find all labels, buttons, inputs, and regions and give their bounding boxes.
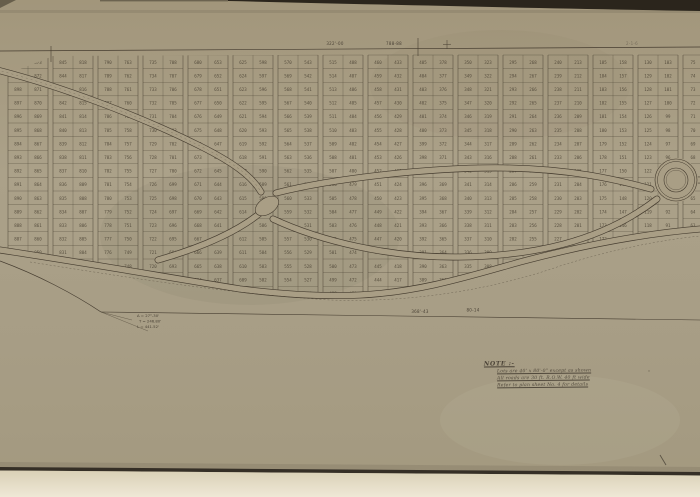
lot-number: 835 bbox=[59, 196, 67, 201]
lot-number: 265 bbox=[529, 101, 537, 106]
lot-number: 696 bbox=[169, 223, 177, 228]
lot-number: 592 bbox=[259, 141, 267, 146]
lot-number: 720 bbox=[149, 264, 157, 269]
note-block: NOTE :- Lots are 40' x 80'-0" except as … bbox=[484, 359, 591, 388]
lot-number: 185 bbox=[599, 60, 607, 65]
lot-number: 288 bbox=[509, 155, 517, 160]
lot-number: 65 bbox=[691, 196, 696, 201]
lot-number: 731 bbox=[149, 114, 157, 119]
lot-number: 345 bbox=[464, 128, 472, 133]
lot-number: 756 bbox=[124, 155, 132, 160]
lot-number: 644 bbox=[214, 182, 222, 187]
lot-number: 179 bbox=[599, 141, 607, 146]
lot-number: 236 bbox=[554, 114, 562, 119]
lot-number: 507 bbox=[329, 169, 337, 174]
lot-number: 366 bbox=[439, 223, 447, 228]
lot-number: 460 bbox=[374, 60, 382, 65]
lot-number: 621 bbox=[239, 114, 247, 119]
lot-number: 92 bbox=[666, 209, 671, 214]
lot-number: 499 bbox=[329, 277, 337, 282]
lot-number: 643 bbox=[214, 196, 222, 201]
lot-number: 424 bbox=[394, 182, 402, 187]
lot-number: 343 bbox=[464, 155, 472, 160]
lot-number: 389 bbox=[419, 277, 427, 282]
lot-number: 338 bbox=[464, 223, 472, 228]
lot-number: 639 bbox=[214, 250, 222, 255]
lot-number: 151 bbox=[619, 155, 627, 160]
lot-number: 207 bbox=[574, 141, 582, 146]
lot-number: 559 bbox=[284, 209, 292, 214]
lot-number: 183 bbox=[599, 87, 607, 92]
lot-number: 378 bbox=[439, 60, 447, 65]
lot-number: 477 bbox=[349, 209, 357, 214]
lot-number: 652 bbox=[214, 73, 222, 78]
lot-number: 705 bbox=[169, 101, 177, 106]
lot-number: 237 bbox=[554, 101, 562, 106]
lot-number: 101 bbox=[664, 87, 672, 92]
lot-number: 480 bbox=[349, 169, 357, 174]
lot-number: 428 bbox=[394, 128, 402, 133]
curve-data-line1: Δ = 27°-30' bbox=[137, 313, 159, 318]
lot-number: 702 bbox=[169, 141, 177, 146]
lot-number: 102 bbox=[664, 73, 672, 78]
lot-number: 732 bbox=[149, 101, 157, 106]
lot-number: 150 bbox=[619, 169, 627, 174]
lot-number: 836 bbox=[59, 182, 67, 187]
lot-number: 569 bbox=[284, 73, 292, 78]
lot-number: 396 bbox=[419, 182, 427, 187]
lot-number: 895 bbox=[14, 128, 22, 133]
lot-number: 158 bbox=[619, 60, 627, 65]
lot-number: 728 bbox=[149, 155, 157, 160]
note-heading: NOTE :- bbox=[484, 359, 591, 367]
lot-number: 541 bbox=[304, 87, 312, 92]
lot-number: 209 bbox=[574, 114, 582, 119]
lot-number: 64 bbox=[691, 209, 696, 214]
lot-number: 723 bbox=[149, 223, 157, 228]
lot-number: 238 bbox=[554, 87, 562, 92]
lot-number: 536 bbox=[304, 155, 312, 160]
lot-number: 841 bbox=[59, 114, 67, 119]
lot-number: 473 bbox=[349, 264, 357, 269]
lot-number: 313 bbox=[484, 196, 492, 201]
lot-number: 673 bbox=[194, 155, 202, 160]
lot-number: 401 bbox=[419, 114, 427, 119]
lot-number: 891 bbox=[14, 182, 22, 187]
lot-number: 420 bbox=[394, 237, 402, 242]
lot-number: 675 bbox=[194, 128, 202, 133]
lot-number: 642 bbox=[214, 209, 222, 214]
lot-number: 262 bbox=[529, 141, 537, 146]
lot-number: 317 bbox=[484, 141, 492, 146]
lot-number: 129 bbox=[644, 73, 652, 78]
lot-number: 346 bbox=[464, 114, 472, 119]
lot-number: 130 bbox=[644, 60, 652, 65]
lot-number: 831 bbox=[59, 250, 67, 255]
lot-number: 395 bbox=[419, 196, 427, 201]
lot-number: 457 bbox=[374, 101, 382, 106]
lot-number: 862 bbox=[34, 209, 42, 214]
lot-number: 833 bbox=[59, 223, 67, 228]
lot-number: 754 bbox=[124, 182, 132, 187]
lot-number: 123 bbox=[644, 155, 652, 160]
lot-number: 749 bbox=[124, 250, 132, 255]
lot-number: 676 bbox=[194, 114, 202, 119]
lot-number: 570 bbox=[284, 60, 292, 65]
lot-number: 367 bbox=[439, 209, 447, 214]
lot-number: 790 bbox=[104, 60, 112, 65]
lot-number: 866 bbox=[34, 155, 42, 160]
lot-number: 542 bbox=[304, 73, 312, 78]
lot-number: 780 bbox=[104, 196, 112, 201]
lot-number: 432 bbox=[394, 73, 402, 78]
lot-number: 566 bbox=[284, 114, 292, 119]
lot-number: 706 bbox=[169, 87, 177, 92]
lot-number: 508 bbox=[329, 155, 337, 160]
lot-number: 539 bbox=[304, 114, 312, 119]
lot-number: 500 bbox=[329, 264, 337, 269]
lot-number: 776 bbox=[104, 250, 112, 255]
lot-number: 456 bbox=[374, 114, 382, 119]
lot-number: 476 bbox=[349, 223, 357, 228]
lot-number: 454 bbox=[374, 141, 382, 146]
lot-number: 484 bbox=[349, 114, 357, 119]
lot-number: 671 bbox=[194, 182, 202, 187]
lot-number: 155 bbox=[619, 101, 627, 106]
lot-number: 451 bbox=[374, 182, 382, 187]
lot-number: 669 bbox=[194, 209, 202, 214]
lot-number: 890 bbox=[14, 196, 22, 201]
lot-number: 839 bbox=[59, 141, 67, 146]
lot-number: 258 bbox=[529, 196, 537, 201]
lot-number: 615 bbox=[239, 196, 247, 201]
lot-number: 612 bbox=[239, 237, 247, 242]
lot-number: 203 bbox=[574, 196, 582, 201]
lot-number: 679 bbox=[194, 73, 202, 78]
lot-number: 610 bbox=[239, 264, 247, 269]
lot-number: 816 bbox=[79, 87, 87, 92]
lot-number: 888 bbox=[14, 223, 22, 228]
lot-number: 475 bbox=[349, 237, 357, 242]
lot-number: 785 bbox=[104, 128, 112, 133]
lot-number: 482 bbox=[349, 141, 357, 146]
lot-number: 335 bbox=[464, 264, 472, 269]
lot-number: 103 bbox=[664, 60, 672, 65]
lot-number: 670 bbox=[194, 196, 202, 201]
lot-number: 448 bbox=[374, 223, 382, 228]
lot-number: 811 bbox=[79, 155, 87, 160]
lot-number: 777 bbox=[104, 237, 112, 242]
lot-number: 596 bbox=[259, 87, 267, 92]
lot-number: 528 bbox=[304, 264, 312, 269]
lot-number: 282 bbox=[509, 237, 517, 242]
lot-number: 697 bbox=[169, 209, 177, 214]
lot-number: 314 bbox=[484, 182, 492, 187]
lot-number: 204 bbox=[574, 182, 582, 187]
lot-number: 118 bbox=[644, 223, 652, 228]
lot-number: 597 bbox=[259, 73, 267, 78]
lot-number: 511 bbox=[329, 114, 337, 119]
lot-number: 231 bbox=[554, 182, 562, 187]
lot-number: 310 bbox=[484, 237, 492, 242]
lot-number: 295 bbox=[509, 60, 517, 65]
lot-number: 618 bbox=[239, 155, 247, 160]
lot-number: 557 bbox=[284, 237, 292, 242]
lot-number: 896 bbox=[14, 114, 22, 119]
curve-data-line3: L = 441.52' bbox=[137, 324, 159, 329]
lot-number: 624 bbox=[239, 73, 247, 78]
lot-number: 349 bbox=[464, 73, 472, 78]
lot-number: 504 bbox=[329, 209, 337, 214]
lot-number: 594 bbox=[259, 114, 267, 119]
lot-number: 69 bbox=[691, 141, 696, 146]
lot-number: 261 bbox=[529, 155, 537, 160]
lot-number: 813 bbox=[79, 128, 87, 133]
lot-number: 127 bbox=[644, 101, 652, 106]
lot-number: 584 bbox=[259, 250, 267, 255]
lot-number: 374 bbox=[439, 114, 447, 119]
lot-number: 810 bbox=[79, 169, 87, 174]
roundabout-island bbox=[664, 168, 688, 192]
lot-number: 290 bbox=[509, 128, 517, 133]
lot-number: 98 bbox=[666, 128, 671, 133]
lot-number: 154 bbox=[619, 114, 627, 119]
lot-number: 322 bbox=[484, 73, 492, 78]
note-line-3: Refer to plan sheet No. 4 for details bbox=[497, 383, 591, 389]
lot-number: 211 bbox=[574, 87, 582, 92]
lot-number: 291 bbox=[509, 114, 517, 119]
lot-number: 619 bbox=[239, 141, 247, 146]
lot-number: 586 bbox=[259, 223, 267, 228]
lot-number: 284 bbox=[509, 209, 517, 214]
lot-number: 788 bbox=[104, 87, 112, 92]
lot-number: 289 bbox=[509, 141, 517, 146]
lot-number: 555 bbox=[284, 264, 292, 269]
lot-number: 100 bbox=[664, 101, 672, 106]
lot-number: 472 bbox=[349, 277, 357, 282]
lot-number: 323 bbox=[484, 60, 492, 65]
lot-number: 898 bbox=[14, 87, 22, 92]
lot-number: 201 bbox=[574, 223, 582, 228]
lot-number: 704 bbox=[169, 114, 177, 119]
lot-number: 677 bbox=[194, 101, 202, 106]
lot-number: 726 bbox=[149, 182, 157, 187]
lot-number: 708 bbox=[169, 60, 177, 65]
lot-number: 474 bbox=[349, 250, 357, 255]
lot-number: 181 bbox=[599, 114, 607, 119]
lot-number: 535 bbox=[304, 169, 312, 174]
lot-number: 650 bbox=[214, 101, 222, 106]
lot-number: 707 bbox=[169, 73, 177, 78]
lot-number: 693 bbox=[169, 264, 177, 269]
lot-number: 567 bbox=[284, 101, 292, 106]
lot-number: 372 bbox=[439, 141, 447, 146]
lot-number: 210 bbox=[574, 101, 582, 106]
lot-number: 595 bbox=[259, 101, 267, 106]
lot-number: 680 bbox=[194, 60, 202, 65]
lot-number: 283 bbox=[509, 223, 517, 228]
lot-number: 751 bbox=[124, 223, 132, 228]
lot-number: 695 bbox=[169, 237, 177, 242]
lot-number: 761 bbox=[124, 87, 132, 92]
lot-number: 760 bbox=[124, 101, 132, 106]
lot-number: 447 bbox=[374, 237, 382, 242]
lot-number: 180 bbox=[599, 128, 607, 133]
lot-number: 554 bbox=[284, 277, 292, 282]
lot-number: 806 bbox=[79, 223, 87, 228]
lot-number: 667 bbox=[194, 237, 202, 242]
lot-number: 70 bbox=[691, 128, 696, 133]
lot-number: 786 bbox=[104, 114, 112, 119]
lot-number: 394 bbox=[419, 209, 427, 214]
lot-number: 665 bbox=[194, 264, 202, 269]
lot-number: 429 bbox=[394, 114, 402, 119]
lot-number: 174 bbox=[599, 209, 607, 214]
lot-number: 156 bbox=[619, 87, 627, 92]
lot-number: 527 bbox=[304, 277, 312, 282]
lot-number: 202 bbox=[574, 209, 582, 214]
lot-number: 175 bbox=[599, 196, 607, 201]
lot-number: 515 bbox=[329, 60, 337, 65]
lot-number: 860 bbox=[34, 237, 42, 242]
lot-number: 368 bbox=[439, 196, 447, 201]
lot-number: 286 bbox=[509, 182, 517, 187]
lot-number: 840 bbox=[59, 128, 67, 133]
lot-number: 72 bbox=[691, 101, 696, 106]
lot-number: 897 bbox=[14, 101, 22, 106]
lot-number: 148 bbox=[619, 196, 627, 201]
lot-number: 91 bbox=[666, 223, 671, 228]
lot-number: 230 bbox=[554, 196, 562, 201]
lot-number: 734 bbox=[149, 73, 157, 78]
lot-number: 178 bbox=[599, 155, 607, 160]
lot-number: 206 bbox=[574, 155, 582, 160]
lot-number: 668 bbox=[194, 223, 202, 228]
lot-number: 371 bbox=[439, 155, 447, 160]
lot-number: 782 bbox=[104, 169, 112, 174]
section-label-right: 80-14 bbox=[466, 308, 479, 313]
lot-number: 645 bbox=[214, 169, 222, 174]
lot-number: 892 bbox=[14, 169, 22, 174]
lot-number: 455 bbox=[374, 128, 382, 133]
lot-number: 213 bbox=[574, 60, 582, 65]
lot-number: 71 bbox=[691, 114, 696, 119]
lot-number: 450 bbox=[374, 196, 382, 201]
lot-number: 390 bbox=[419, 264, 427, 269]
lot-number: 789 bbox=[104, 73, 112, 78]
lot-number: 893 bbox=[14, 155, 22, 160]
lot-number: 235 bbox=[554, 128, 562, 133]
lot-number: 348 bbox=[464, 87, 472, 92]
lot-number: 124 bbox=[644, 141, 652, 146]
lot-number: 256 bbox=[529, 223, 537, 228]
lot-number: 540 bbox=[304, 101, 312, 106]
lot-number: 147 bbox=[619, 209, 627, 214]
lot-number: 458 bbox=[374, 87, 382, 92]
lot-number: 421 bbox=[394, 223, 402, 228]
lot-number: 75 bbox=[691, 60, 696, 65]
lot-number: 808 bbox=[79, 196, 87, 201]
lot-number: 312 bbox=[484, 209, 492, 214]
lot-number: 427 bbox=[394, 141, 402, 146]
lot-number: 529 bbox=[304, 250, 312, 255]
lot-number: 376 bbox=[439, 87, 447, 92]
lot-number: 649 bbox=[214, 114, 222, 119]
lot-number: 805 bbox=[79, 237, 87, 242]
lot-number: 316 bbox=[484, 155, 492, 160]
lot-number: 590 bbox=[259, 169, 267, 174]
lot-number: 729 bbox=[149, 141, 157, 146]
lot-number: 294 bbox=[509, 73, 517, 78]
lot-number: 814 bbox=[79, 114, 87, 119]
lot-number: 598 bbox=[259, 60, 267, 65]
lot-number: 721 bbox=[149, 250, 157, 255]
lot-number: 725 bbox=[149, 196, 157, 201]
lot-number: 532 bbox=[304, 209, 312, 214]
lot-number: 762 bbox=[124, 73, 132, 78]
lot-number: 538 bbox=[304, 128, 312, 133]
lot-number: 426 bbox=[394, 155, 402, 160]
lot-number: 531 bbox=[304, 223, 312, 228]
lot-number: 563 bbox=[284, 155, 292, 160]
lot-number: 487 bbox=[349, 73, 357, 78]
lot-number: 844 bbox=[59, 73, 67, 78]
lot-number: 423 bbox=[394, 196, 402, 201]
lot-number: 503 bbox=[329, 223, 337, 228]
lot-number: 512 bbox=[329, 101, 337, 106]
dimension-label-left: 322'-00 bbox=[326, 41, 344, 46]
lot-number: 864 bbox=[34, 182, 42, 187]
lot-number: 153 bbox=[619, 128, 627, 133]
lot-number: 405 bbox=[419, 60, 427, 65]
lot-number: 392 bbox=[419, 237, 427, 242]
lot-number: 347 bbox=[464, 101, 472, 106]
lot-number: 266 bbox=[529, 87, 537, 92]
lot-number: 623 bbox=[239, 87, 247, 92]
lot-number: 488 bbox=[349, 60, 357, 65]
lot-number: 564 bbox=[284, 141, 292, 146]
lot-number: 616 bbox=[239, 182, 247, 187]
lot-number: 755 bbox=[124, 169, 132, 174]
lot-number: 733 bbox=[149, 87, 157, 92]
lot-number: 868 bbox=[34, 128, 42, 133]
lot-number: 157 bbox=[619, 73, 627, 78]
lot-number: 152 bbox=[619, 141, 627, 146]
lot-number: 128 bbox=[644, 87, 652, 92]
lot-number: 212 bbox=[574, 73, 582, 78]
lot-number: 591 bbox=[259, 155, 267, 160]
lot-number: 122 bbox=[644, 169, 652, 174]
lot-number: 402 bbox=[419, 101, 427, 106]
lot-number: 701 bbox=[169, 155, 177, 160]
lot-number: 363 bbox=[439, 264, 447, 269]
lot-number: 537 bbox=[304, 141, 312, 146]
lot-number: 842 bbox=[59, 101, 67, 106]
lot-number: 865 bbox=[34, 169, 42, 174]
lot-number: 431 bbox=[394, 87, 402, 92]
lot-number: 365 bbox=[439, 237, 447, 242]
lot-number: 832 bbox=[59, 237, 67, 242]
lot-number: 807 bbox=[79, 209, 87, 214]
lot-number: 257 bbox=[529, 209, 537, 214]
lot-number: 229 bbox=[554, 209, 562, 214]
lot-number: 838 bbox=[59, 155, 67, 160]
lot-number: 809 bbox=[79, 182, 87, 187]
lot-number: 449 bbox=[374, 209, 382, 214]
lot-number: 724 bbox=[149, 209, 157, 214]
lot-number: 430 bbox=[394, 101, 402, 106]
lot-number: 894 bbox=[14, 141, 22, 146]
